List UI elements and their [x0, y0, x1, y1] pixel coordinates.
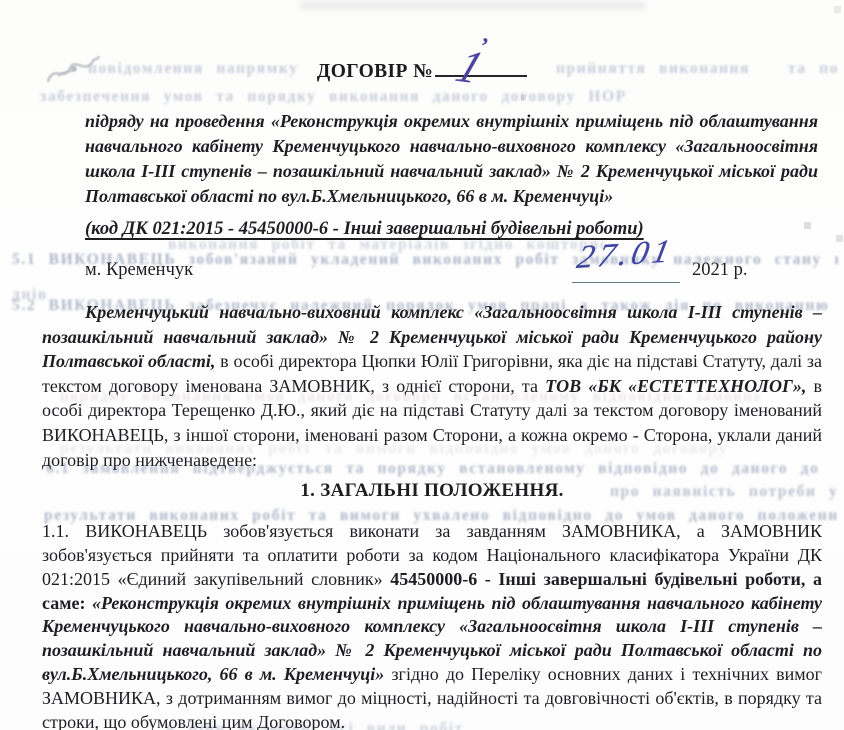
contract-number-blank-line [435, 60, 527, 77]
year-label: 2021 р. [692, 260, 748, 281]
document-title-row: ДОГОВІР № [0, 60, 844, 83]
city-label: м. Кременчук [85, 260, 193, 281]
procurement-code-line: (код ДК 021:2015 - 45450000-6 - Інші зав… [85, 219, 818, 240]
section-1-heading: 1. ЗАГАЛЬНІ ПОЛОЖЕННЯ. [42, 480, 822, 502]
date-blank-line [572, 282, 680, 283]
document-title-label: ДОГОВІР № [317, 61, 433, 82]
place-and-date-row: м. Кременчук 2021 р. [0, 254, 844, 288]
clause-1-1-paragraph: 1.1. ВИКОНАВЕЦЬ зобов'язується виконати … [42, 520, 822, 730]
subject-paragraph: підряду на проведення «Реконструкція окр… [85, 109, 818, 209]
text-run: ТОВ «БК «ЕСТЕТТЕХНОЛОГ», [545, 376, 806, 396]
preamble-paragraph: Кременчуцький навчально-виховний комплек… [42, 300, 822, 472]
scanned-contract-page: { "colors": { "ink_handwriting": "#4a43a… [0, 0, 844, 730]
contract-document: ДОГОВІР № підряду на проведення «Реконст… [0, 60, 844, 730]
